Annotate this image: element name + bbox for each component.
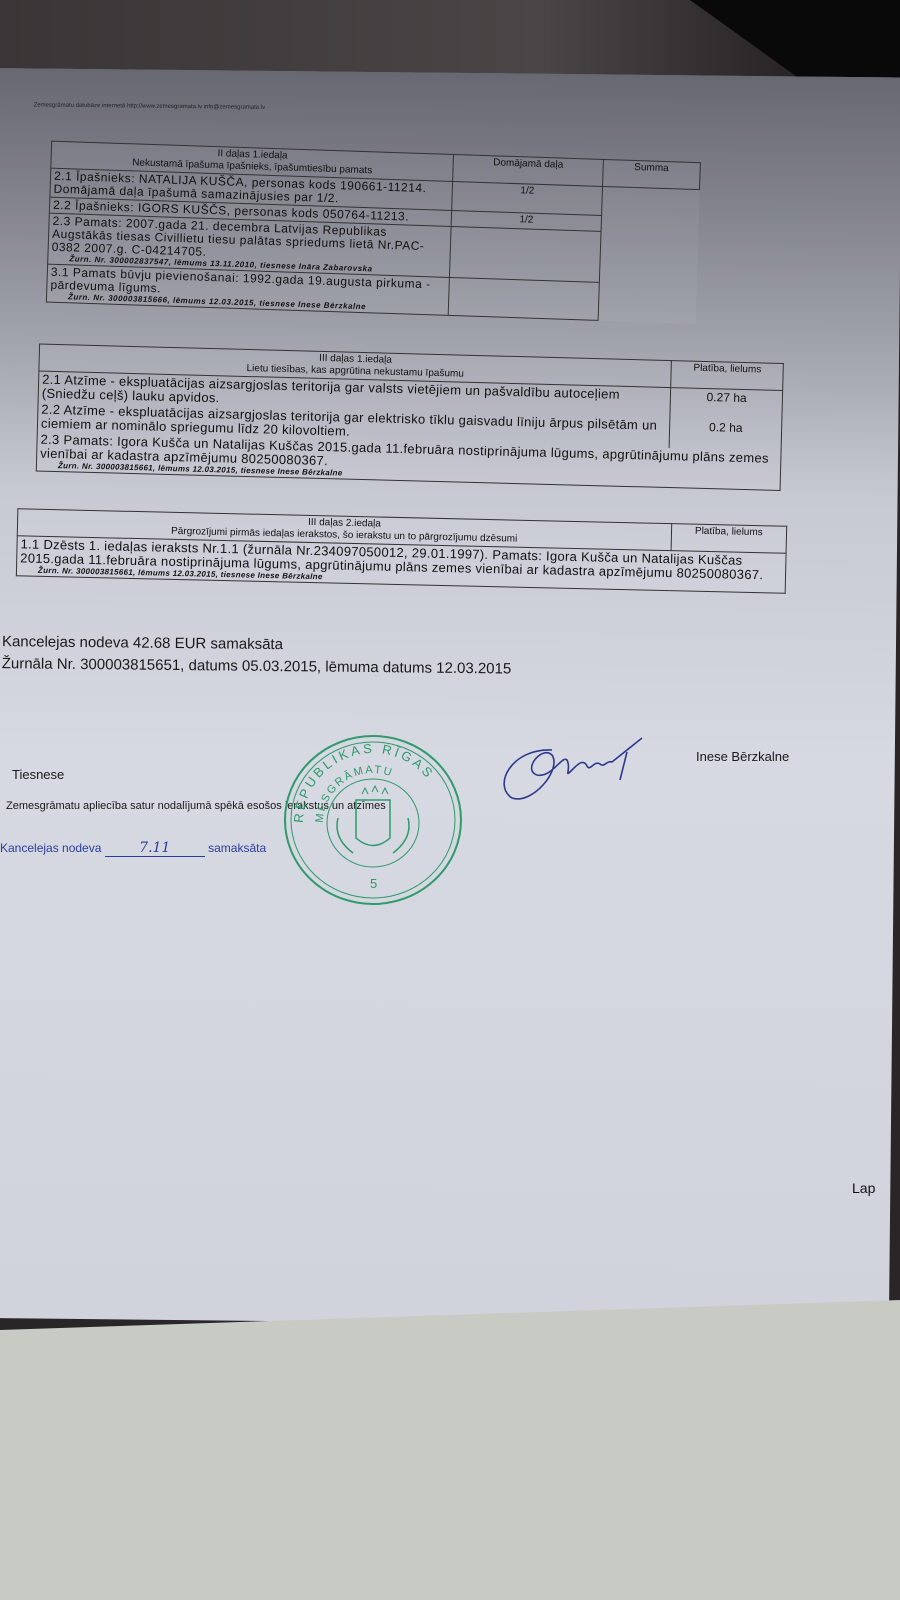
svg-text:REPUBLIKAS RĪGAS: REPUBLIKAS RĪGAS: [291, 741, 438, 824]
judge-label: Tiesnese: [12, 767, 64, 782]
section-iii-2-table: III daļas 2.iedaļa Pārgrozījumi pirmās i…: [16, 508, 787, 593]
journal-note: Žurn. Nr. 300003815661, lēmums 12.03.201…: [40, 461, 777, 489]
fee-paid-line: Kancelejas nodeva 42.68 EUR samaksāta: [2, 633, 283, 653]
col-area-header: Platība, lielums: [671, 524, 787, 554]
section-iii-1-table: III daļas 1.iedaļa Lietu tiesības, kas a…: [36, 344, 784, 491]
background-sheet: [0, 1300, 900, 1600]
section-ii-1-table: II daļas 1.iedaļa Nekustamā īpašuma īpaš…: [46, 141, 701, 324]
journal-note: Žurn. Nr. 300003815666, lēmums 12.03.201…: [50, 292, 445, 314]
office-fee-line: Kancelejas nodeva 7.11 samaksāta: [0, 840, 266, 857]
page-label-partial: Lap: [852, 1180, 875, 1196]
court-stamp-icon: REPUBLIKAS RĪGAS MESGRĀMATU 5: [278, 728, 468, 908]
signature-icon: [492, 730, 672, 810]
col-area-header: Platība, lielums: [671, 361, 783, 391]
judge-name: Inese Bērzkalne: [696, 749, 789, 764]
header-url-line: Zemesgrāmatu datubāze internetā http://w…: [34, 102, 266, 110]
svg-text:5: 5: [370, 876, 377, 891]
journal-line: Žurnāla Nr. 300003815651, datums 05.03.2…: [2, 655, 512, 677]
office-fee-amount: 7.11: [105, 840, 205, 857]
col-sum-header: Summa: [602, 159, 700, 189]
document-page: Zemesgrāmatu datubāze internetā http://w…: [0, 68, 900, 1327]
